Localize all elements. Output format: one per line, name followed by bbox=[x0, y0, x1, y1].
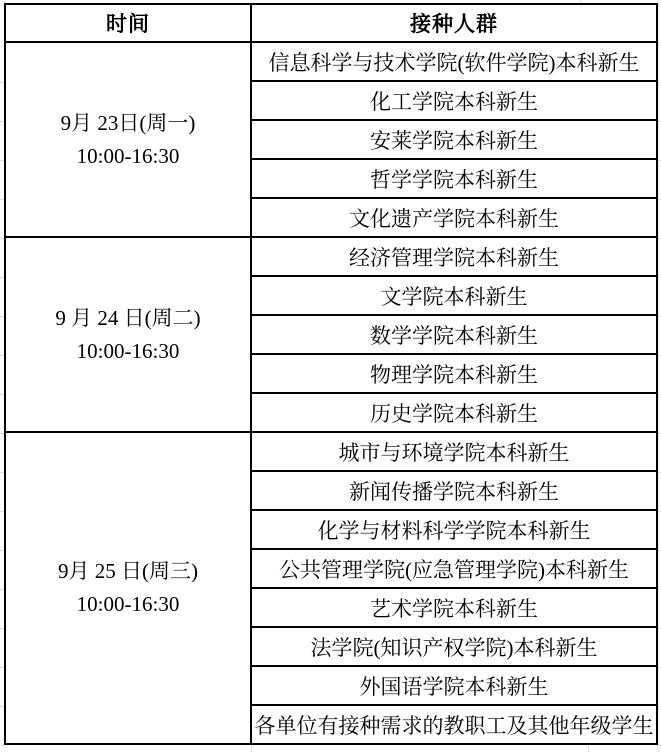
page: 时间 接种人群 9月 23日(周一)10:00-16:30信息科学与技术学院(软… bbox=[0, 0, 661, 752]
audience-cell: 化学与材料科学学院本科新生 bbox=[251, 510, 657, 549]
table-row: 9月 25 日(周三)10:00-16:30城市与环境学院本科新生 bbox=[5, 432, 657, 471]
audience-cell: 城市与环境学院本科新生 bbox=[251, 432, 657, 471]
header-cell-audience: 接种人群 bbox=[251, 4, 657, 42]
audience-cell: 历史学院本科新生 bbox=[251, 393, 657, 432]
table-header: 时间 接种人群 bbox=[5, 4, 657, 42]
audience-cell: 各单位有接种需求的教职工及其他年级学生 bbox=[251, 705, 657, 744]
vaccination-schedule-table: 时间 接种人群 9月 23日(周一)10:00-16:30信息科学与技术学院(软… bbox=[4, 3, 658, 745]
date-text: 9月 23日(周一) bbox=[6, 107, 250, 140]
bottom-margin-gridline-artifact bbox=[588, 745, 589, 752]
hours-text: 10:00-16:30 bbox=[6, 335, 250, 368]
audience-cell: 公共管理学院(应急管理学院)本科新生 bbox=[251, 549, 657, 588]
audience-cell: 文化遗产学院本科新生 bbox=[251, 198, 657, 237]
date-text: 9月 25 日(周三) bbox=[6, 555, 250, 588]
audience-cell: 安莱学院本科新生 bbox=[251, 120, 657, 159]
right-margin-gridline-artifact bbox=[658, 0, 659, 752]
audience-cell: 艺术学院本科新生 bbox=[251, 588, 657, 627]
time-cell-group-1: 9月 23日(周一)10:00-16:30 bbox=[5, 42, 251, 237]
audience-cell: 物理学院本科新生 bbox=[251, 354, 657, 393]
bottom-margin-gridline-artifact bbox=[251, 745, 252, 752]
audience-cell: 信息科学与技术学院(软件学院)本科新生 bbox=[251, 42, 657, 81]
hours-text: 10:00-16:30 bbox=[6, 588, 250, 621]
audience-cell: 经济管理学院本科新生 bbox=[251, 237, 657, 276]
time-cell-group-3: 9月 25 日(周三)10:00-16:30 bbox=[5, 432, 251, 744]
hours-text: 10:00-16:30 bbox=[6, 140, 250, 173]
audience-cell: 新闻传播学院本科新生 bbox=[251, 471, 657, 510]
audience-cell: 文学院本科新生 bbox=[251, 276, 657, 315]
table-row: 9月 23日(周一)10:00-16:30信息科学与技术学院(软件学院)本科新生 bbox=[5, 42, 657, 81]
schedule-body: 9月 23日(周一)10:00-16:30信息科学与技术学院(软件学院)本科新生… bbox=[5, 42, 657, 744]
header-cell-time: 时间 bbox=[5, 4, 251, 42]
header-row: 时间 接种人群 bbox=[5, 4, 657, 42]
audience-cell: 化工学院本科新生 bbox=[251, 81, 657, 120]
date-text: 9 月 24 日(周二) bbox=[6, 302, 250, 335]
audience-cell: 哲学学院本科新生 bbox=[251, 159, 657, 198]
audience-cell: 外国语学院本科新生 bbox=[251, 666, 657, 705]
audience-cell: 法学院(知识产权学院)本科新生 bbox=[251, 627, 657, 666]
table-row: 9 月 24 日(周二)10:00-16:30经济管理学院本科新生 bbox=[5, 237, 657, 276]
time-cell-group-2: 9 月 24 日(周二)10:00-16:30 bbox=[5, 237, 251, 432]
audience-cell: 数学学院本科新生 bbox=[251, 315, 657, 354]
